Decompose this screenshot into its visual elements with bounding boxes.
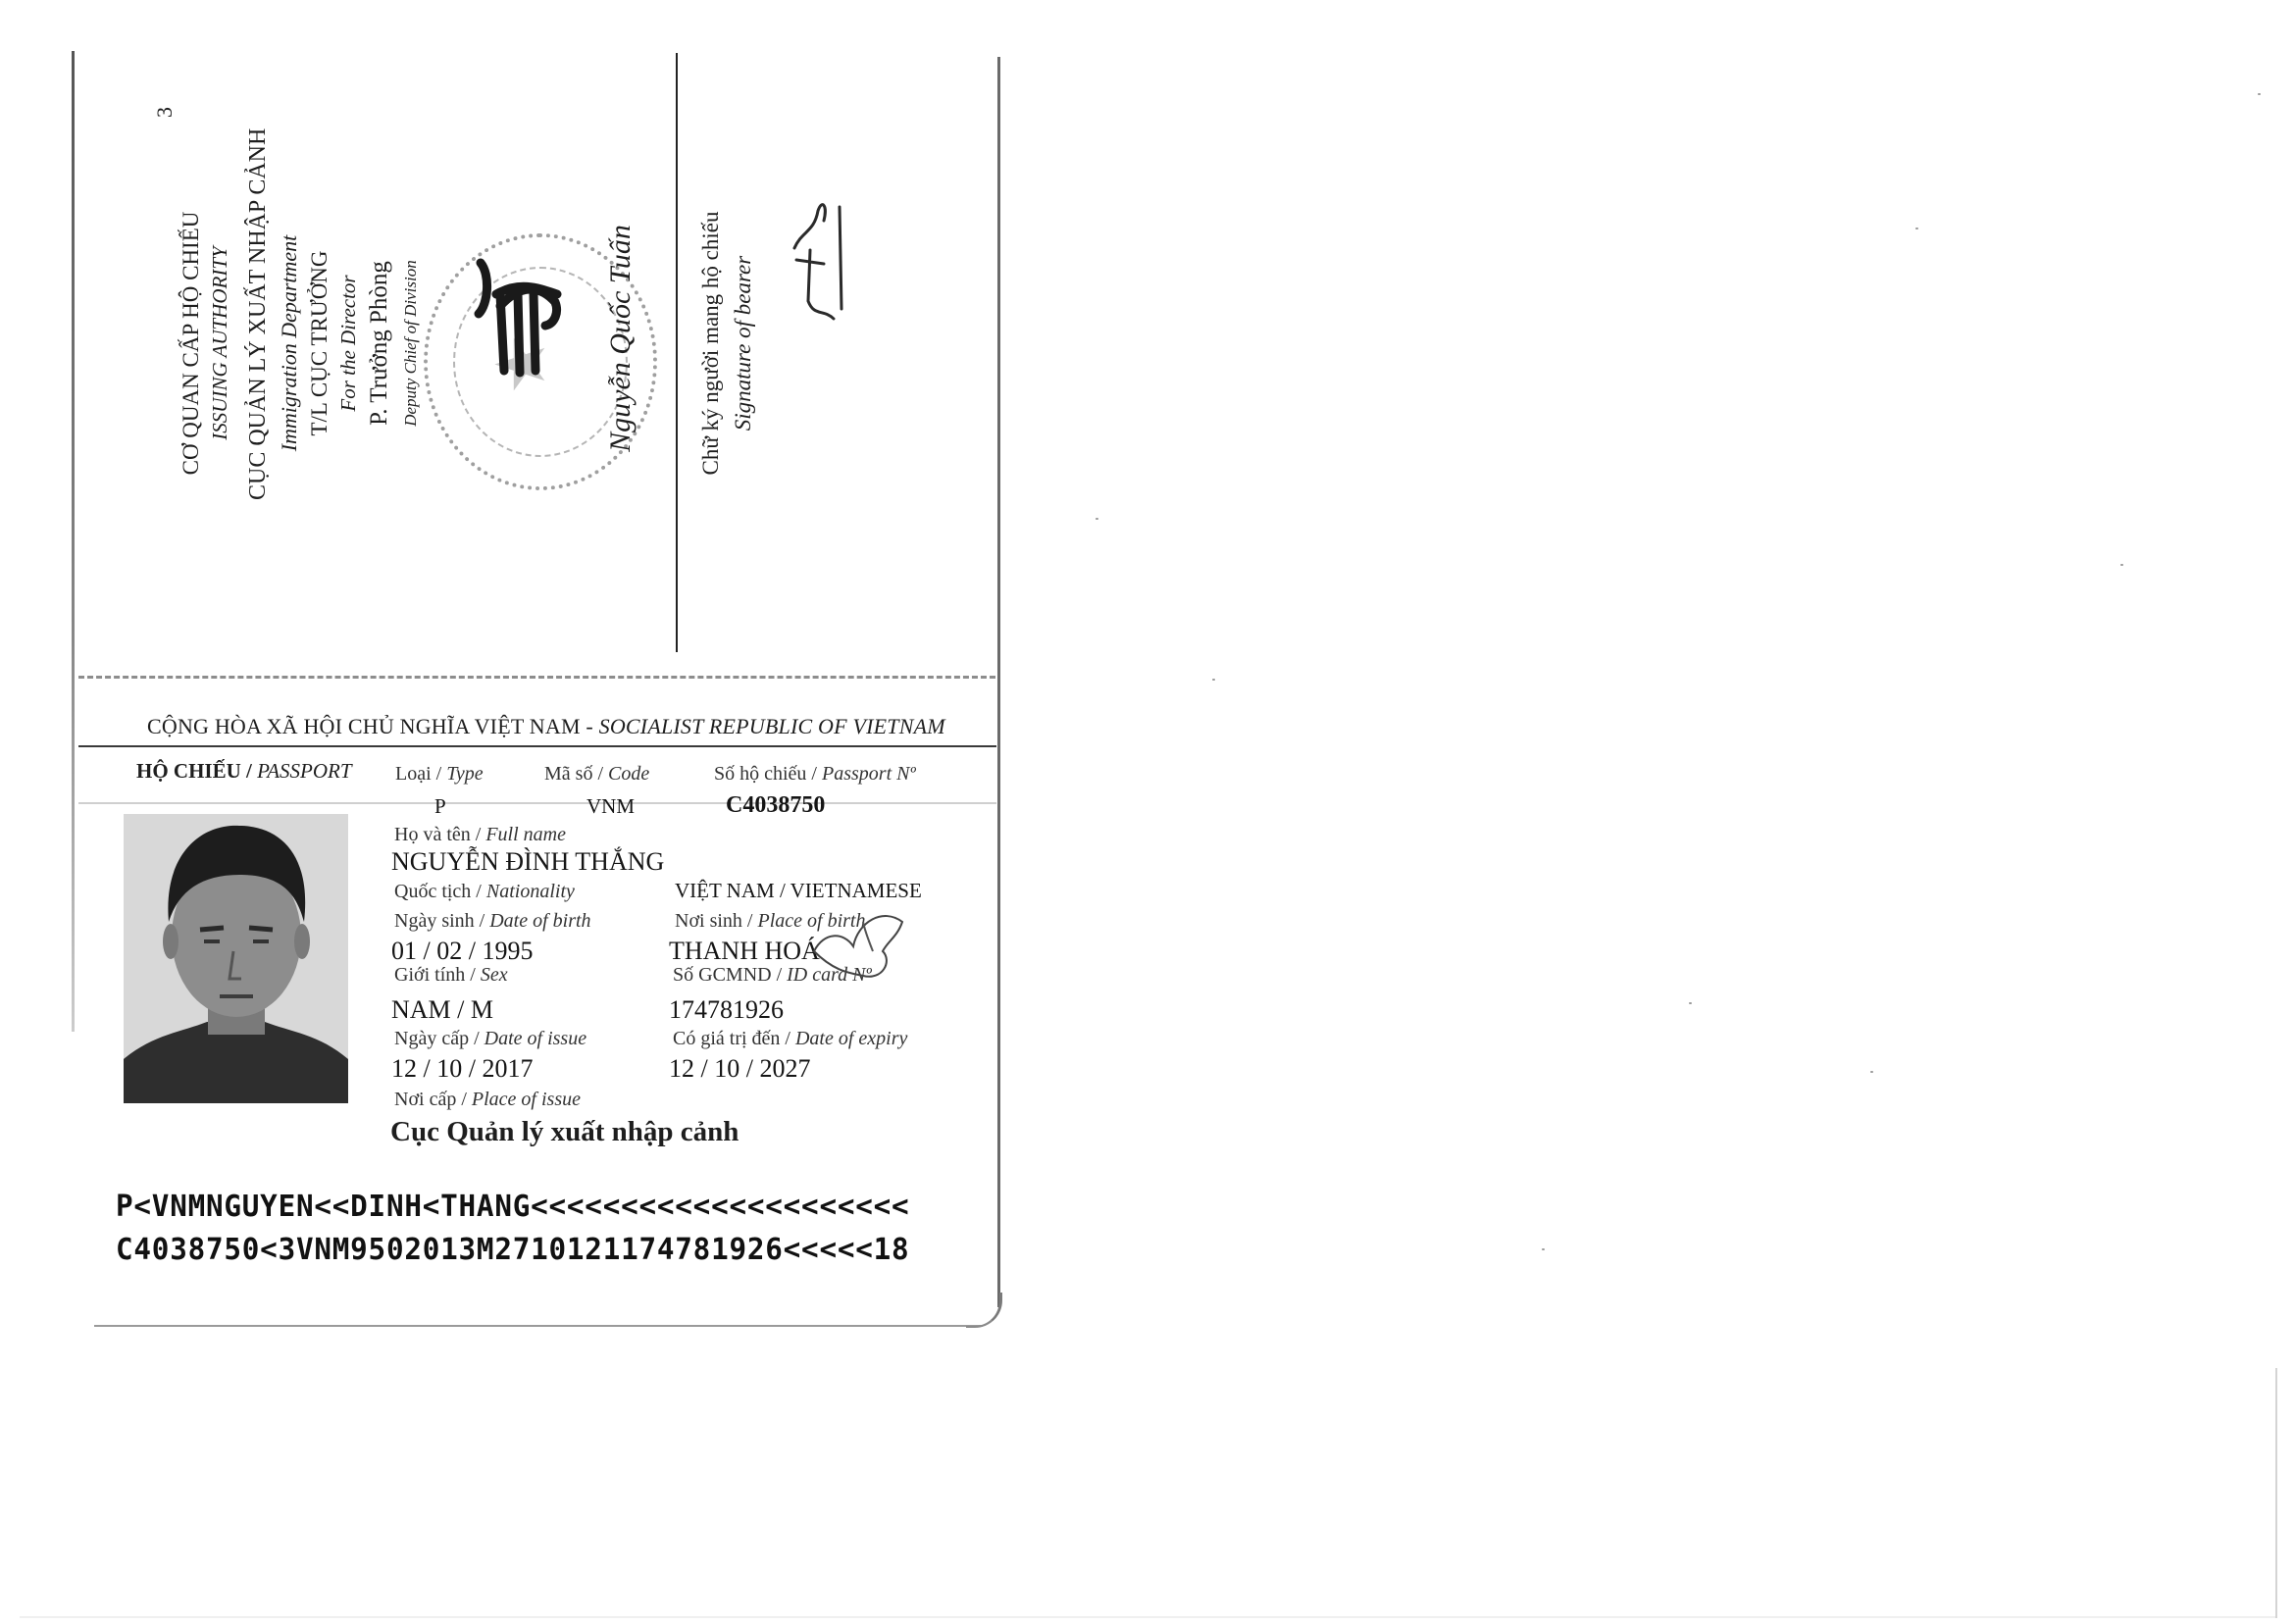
portrait-photo-icon [124, 814, 348, 1103]
country-header-vi: CỘNG HÒA XÃ HỘI CHỦ NGHĨA VIỆT NAM - [147, 714, 599, 738]
scan-speck [2258, 93, 2261, 95]
passport-right-edge [997, 57, 1000, 1307]
passport-bottom-edge [94, 1325, 983, 1327]
band-rule [78, 802, 996, 804]
bearer-signature-icon [785, 191, 853, 329]
document-type-en: PASSPORT [257, 759, 351, 783]
header-rule [78, 745, 996, 747]
passport-no-label: Số hộ chiếu / Passport Nº [714, 763, 916, 786]
full-name-label: Họ và tên / Full name [394, 824, 566, 846]
passport-rounded-corner [966, 1293, 1002, 1328]
type-value: P [434, 794, 446, 819]
authority-line: For the Director [336, 186, 361, 500]
document-type: HỘ CHIẾU / PASSPORT [136, 759, 352, 784]
document-type-vi: HỘ CHIẾU / [136, 759, 257, 783]
code-label: Mã số / Code [544, 763, 649, 786]
scan-edge [20, 1616, 2275, 1618]
scan-speck [2120, 564, 2123, 566]
dob-value: 01 / 02 / 1995 [391, 937, 533, 966]
scan-speck [1542, 1248, 1545, 1250]
bearer-signature-label-en: Signature of bearer [731, 186, 756, 500]
authority-line: P. Trưởng Phòng [366, 186, 393, 500]
mrz-line-1: P<VNMNGUYEN<<DINH<THANG<<<<<<<<<<<<<<<<<… [116, 1190, 909, 1224]
dove-watermark-icon [804, 902, 912, 990]
page-divider [676, 53, 678, 652]
pob-value: THANH HOÁ [669, 937, 820, 966]
nationality-label: Quốc tịch / Nationality [394, 881, 575, 903]
date-expiry-value: 12 / 10 / 2027 [669, 1054, 810, 1084]
scan-speck [1915, 228, 1918, 229]
authority-line: T/L CỤC TRƯỞNG [307, 186, 332, 500]
authority-line: Deputy Chief of Division [401, 186, 421, 500]
full-name-value: NGUYỄN ĐÌNH THẮNG [391, 847, 664, 877]
scan-edge [2275, 1368, 2277, 1618]
signatory-name: Nguyễn Quốc Tuấn [604, 172, 637, 505]
country-header: CỘNG HÒA XÃ HỘI CHỦ NGHĨA VIỆT NAM - SOC… [147, 714, 945, 739]
scan-speck [1096, 518, 1098, 520]
page-number: 3 [152, 107, 178, 118]
authority-line: CỤC QUẢN LÝ XUẤT NHẬP CẢNH [245, 186, 272, 500]
id-card-value: 174781926 [669, 995, 784, 1025]
passport-left-edge [72, 51, 75, 1032]
scan-speck [1870, 1071, 1873, 1073]
scan-speck [1689, 1002, 1692, 1004]
place-issue-label: Nơi cấp / Place of issue [394, 1089, 581, 1111]
fold-line [78, 676, 995, 679]
passport-no-value: C4038750 [726, 792, 825, 819]
sex-value: NAM / M [391, 995, 493, 1025]
sex-label: Giới tính / Sex [394, 964, 508, 987]
nationality-value: VIỆT NAM / VIETNAMESE [675, 879, 922, 903]
scan-speck [1212, 679, 1215, 681]
type-label: Loại / Type [395, 763, 484, 786]
date-issue-value: 12 / 10 / 2017 [391, 1054, 533, 1084]
country-header-en: SOCIALIST REPUBLIC OF VIETNAM [599, 714, 945, 738]
place-issue-value: Cục Quản lý xuất nhập cảnh [390, 1116, 739, 1148]
official-signature-icon [461, 255, 579, 382]
dob-label: Ngày sinh / Date of birth [394, 910, 591, 933]
date-issue-label: Ngày cấp / Date of issue [394, 1028, 586, 1050]
authority-line: CƠ QUAN CẤP HỘ CHIẾU [178, 186, 204, 500]
code-value: VNM [586, 794, 635, 819]
authority-line: Immigration Department [277, 186, 302, 500]
authority-line: ISSUING AUTHORITY [208, 186, 232, 500]
bearer-signature-label-vi: Chữ ký người mang hộ chiếu [698, 186, 724, 500]
date-expiry-label: Có giá trị đến / Date of expiry [673, 1028, 907, 1050]
mrz-line-2: C4038750<3VNM9502013M2710121174781926<<<… [116, 1233, 909, 1267]
